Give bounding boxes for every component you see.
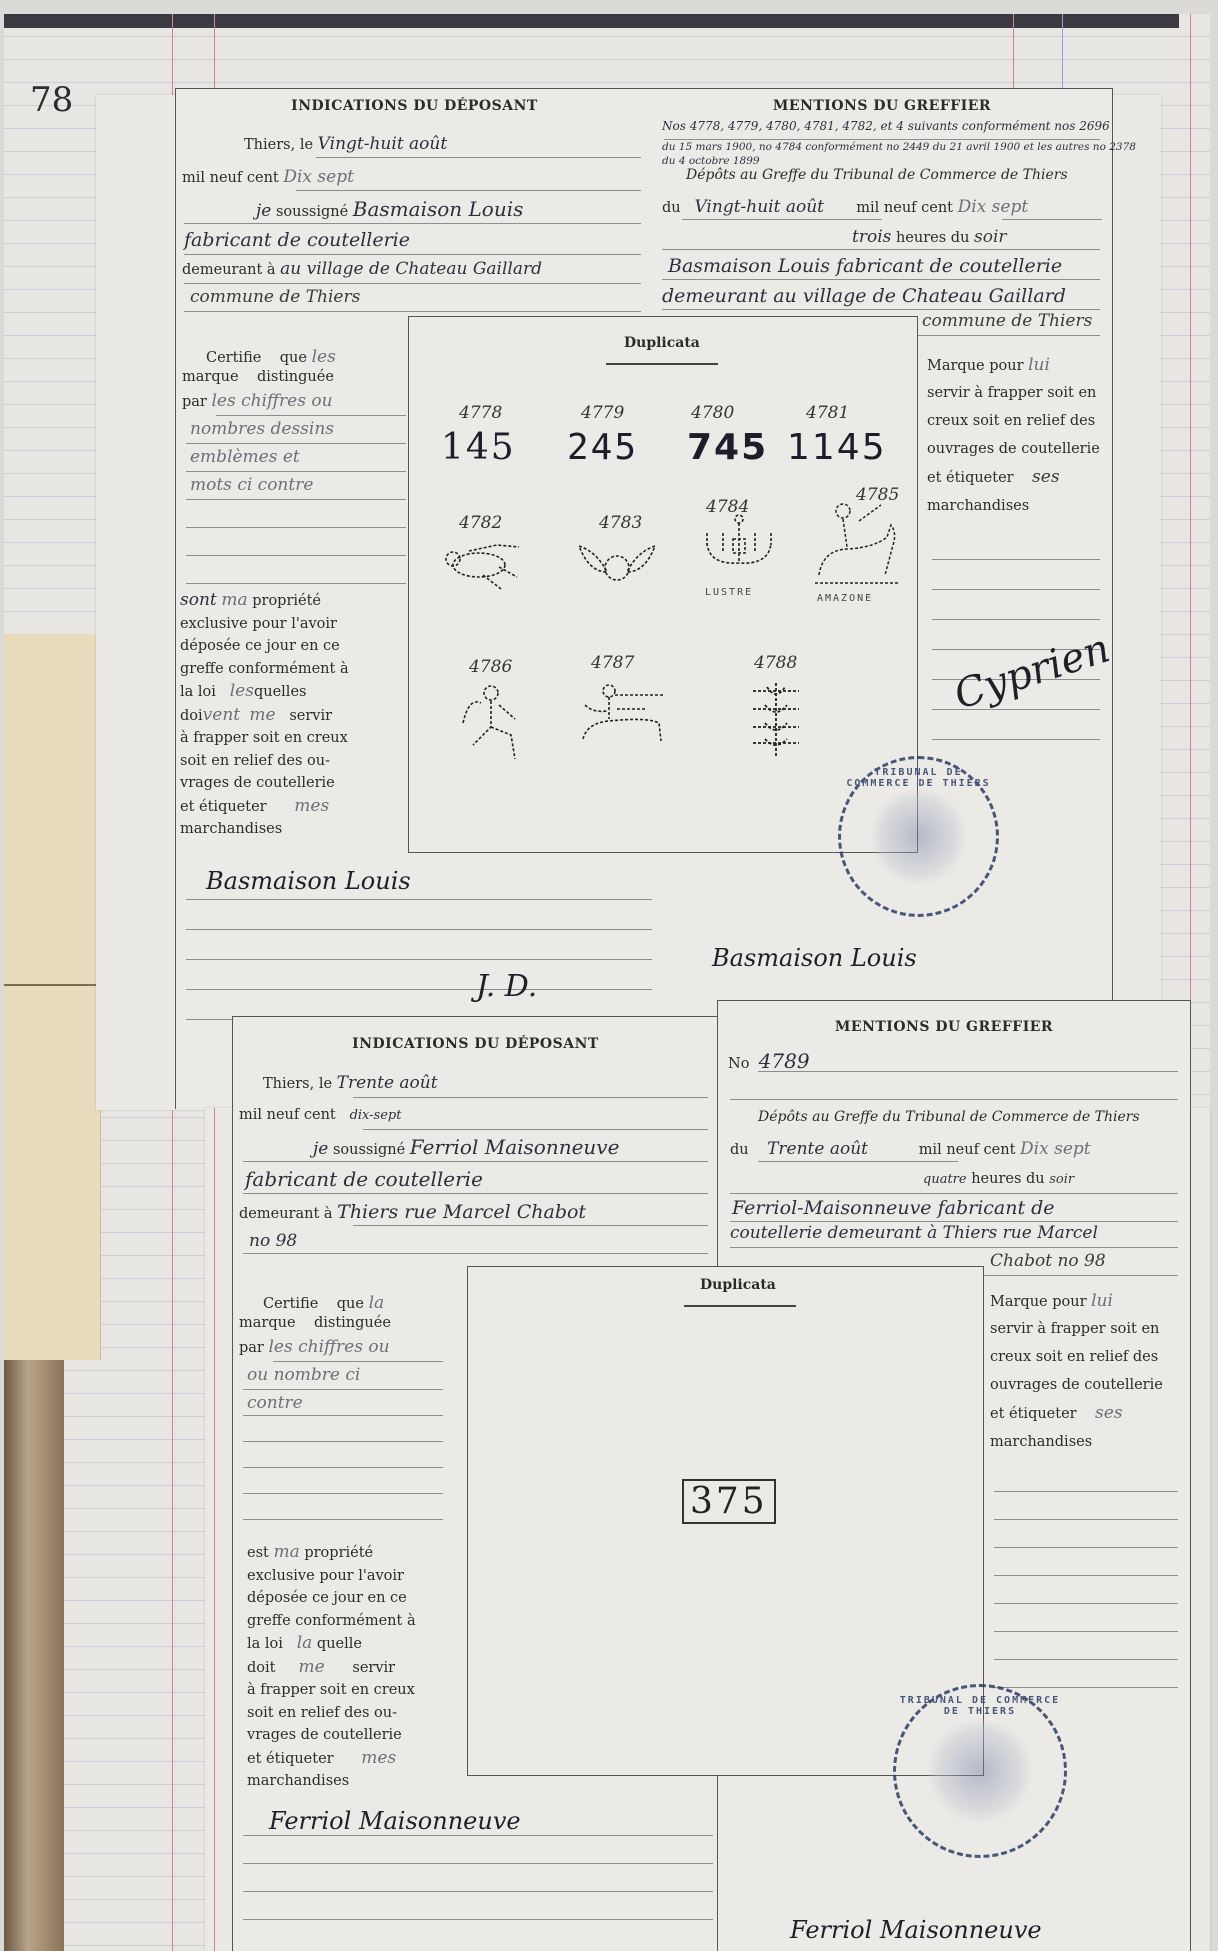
form2-deposant-signature: Ferriol Maisonneuve xyxy=(269,1807,521,1835)
form2-greffier-hour-row: quatre heures du soir xyxy=(923,1171,1074,1187)
vent-handwritten: vent xyxy=(203,705,240,725)
marque-label: marque xyxy=(182,369,239,385)
numeric-mark: 745 xyxy=(687,427,768,468)
no-label: No xyxy=(728,1056,749,1072)
form1-greffier-date-row: du Vingt-huit août mil neuf cent Dix sep… xyxy=(662,197,1028,217)
body-line: déposée ce jour en ce xyxy=(180,635,408,658)
date-handwritten: Vingt-huit août xyxy=(694,197,824,217)
numeric-mark: 245 xyxy=(567,427,638,468)
certifie-label: Certifie xyxy=(263,1296,318,1312)
rule xyxy=(932,589,1100,590)
mark-caption: LUSTRE xyxy=(705,587,753,598)
hour-handwritten: quatre xyxy=(923,1172,967,1187)
depositor-line-handwritten: Chabot no 98 xyxy=(990,1251,1106,1271)
form1-initials-signature: J. D. xyxy=(476,969,537,1004)
rule xyxy=(186,499,406,500)
je-handwritten: je xyxy=(313,1139,328,1159)
rule xyxy=(994,1575,1178,1576)
rule xyxy=(186,527,406,528)
place-label: Thiers, le xyxy=(263,1076,332,1092)
date-handwritten: Trente août xyxy=(337,1073,438,1093)
year-label: mil neuf cent xyxy=(919,1142,1016,1158)
body-line: marchandises xyxy=(247,1770,462,1793)
stamp-text: TRIBUNAL DE COMMERCE DE THIERS xyxy=(896,1695,1064,1717)
year-handwritten: Dix sept xyxy=(283,167,354,187)
mark-reference: 4779 xyxy=(581,403,624,423)
rule xyxy=(184,254,641,255)
rule xyxy=(932,709,1100,710)
rule xyxy=(994,1491,1178,1492)
duplicata-underline xyxy=(606,363,718,365)
book-binding-edge xyxy=(4,14,1179,28)
est-label: est xyxy=(247,1545,269,1561)
rule xyxy=(758,1071,1178,1072)
rule xyxy=(186,929,656,930)
body-line: marchandises xyxy=(990,1428,1175,1456)
rule xyxy=(186,899,656,900)
marque-label: marque xyxy=(239,1315,296,1331)
depositor-line-handwritten: demeurant au village de Chateau Gaillard xyxy=(662,285,1066,307)
ma-handwritten: ma xyxy=(221,590,247,610)
year-label: mil neuf cent xyxy=(182,170,279,186)
depots-label: Dépôts au Greffe du Tribunal de Commerce… xyxy=(686,167,1068,183)
du-label: du xyxy=(662,200,681,216)
mark-caption: AMAZONE xyxy=(817,593,873,604)
form2-place-row: Thiers, le Trente août xyxy=(263,1073,438,1093)
marque-pour-handwritten: lui xyxy=(1091,1291,1113,1311)
ma-handwritten: ma xyxy=(273,1542,299,1562)
mark-reference: 4783 xyxy=(599,513,642,533)
rule xyxy=(912,335,1100,336)
body-line: et étiqueter xyxy=(180,799,267,815)
soussigne-label: soussigné xyxy=(276,204,348,220)
form2-marque-row: marque distinguée xyxy=(239,1315,391,1331)
soussigne-label: soussigné xyxy=(333,1142,405,1158)
rule xyxy=(662,279,1100,280)
branch-icon xyxy=(751,679,801,759)
registration-numbers-line: du 4 octobre 1899 xyxy=(662,155,760,167)
depots-label: Dépôts au Greffe du Tribunal de Commerce… xyxy=(758,1109,1140,1125)
mark-reference: 4780 xyxy=(691,403,734,423)
form1-marque-pour-row: Marque pour lui xyxy=(927,355,1050,375)
form1-court-stamp: TRIBUNAL DE COMMERCE DE THIERS xyxy=(838,756,999,917)
me-handwritten: me xyxy=(299,1657,325,1677)
body-line: la loi xyxy=(247,1636,283,1652)
que-label: que xyxy=(337,1296,364,1312)
rule xyxy=(932,619,1100,620)
winged-cherub-head-icon xyxy=(577,542,657,587)
period-handwritten: soir xyxy=(974,227,1007,247)
date-handwritten: Vingt-huit août xyxy=(318,134,448,154)
demeurant-label: demeurant à xyxy=(239,1206,333,1222)
rule xyxy=(243,1919,713,1920)
marque-pour-label: Marque pour xyxy=(927,358,1024,374)
heures-label: heures du xyxy=(971,1171,1044,1187)
rule xyxy=(682,219,882,220)
body-line: quelles xyxy=(254,684,307,700)
rule xyxy=(186,583,406,584)
rule xyxy=(994,1631,1178,1632)
par-handwritten-4: mots ci contre xyxy=(190,475,313,495)
body-line: doi xyxy=(180,708,203,724)
body-line: servir xyxy=(352,1660,395,1676)
rule xyxy=(184,283,641,284)
rule xyxy=(1002,219,1102,220)
body-line: et étiqueter xyxy=(990,1406,1077,1422)
form1-deposant-heading: INDICATIONS DU DÉPOSANT xyxy=(176,98,653,114)
rule xyxy=(184,223,641,224)
rule xyxy=(186,471,406,472)
rule xyxy=(994,1687,1178,1688)
par-handwritten-1: les chiffres ou xyxy=(211,391,332,411)
address-handwritten: Thiers rue Marcel Chabot xyxy=(337,1201,586,1223)
rule xyxy=(243,1519,443,1520)
marque-pour-label: Marque pour xyxy=(990,1294,1087,1310)
body-line: déposée ce jour en ce xyxy=(247,1587,462,1610)
flying-cherub-icon xyxy=(439,537,529,592)
etiqueter-handwritten: ses xyxy=(1095,1403,1123,1423)
mark-reference: 4781 xyxy=(806,403,849,423)
stamp-text: TRIBUNAL DE COMMERCE DE THIERS xyxy=(841,767,996,789)
est-handwritten: sont xyxy=(180,590,217,610)
seated-cupid-icon xyxy=(459,683,529,763)
registration-number-handwritten: 4789 xyxy=(759,1049,810,1073)
par-handwritten-3: emblèmes et xyxy=(190,447,300,467)
period-handwritten: soir xyxy=(1049,1172,1074,1187)
que-handwritten: les xyxy=(312,347,336,367)
page-number: 78 xyxy=(30,80,73,120)
ledger-margin-line xyxy=(214,1108,215,1951)
form1-name-row: je soussigné Basmaison Louis xyxy=(256,197,523,221)
book-spine-edge xyxy=(4,1360,64,1951)
body-line: vrages de coutellerie xyxy=(180,772,408,795)
form1-marque-row: marque distinguée xyxy=(182,369,334,385)
mark-reference: 4788 xyxy=(754,653,797,673)
place-label: Thiers, le xyxy=(244,137,313,153)
body-line: exclusive pour l'avoir xyxy=(180,613,408,636)
heures-label: heures du xyxy=(896,230,969,246)
body-line: greffe conformément à xyxy=(247,1610,462,1633)
rule xyxy=(664,139,1100,140)
rule xyxy=(296,190,641,191)
year-label: mil neuf cent xyxy=(239,1107,336,1123)
horsewoman-icon xyxy=(809,497,904,592)
name-handwritten: Ferriol Maisonneuve xyxy=(410,1135,620,1159)
mark-reference: 4782 xyxy=(459,513,502,533)
distinguee-label: distinguée xyxy=(314,1315,391,1331)
rule xyxy=(662,249,1100,250)
rule xyxy=(186,443,406,444)
body-line: quelle xyxy=(317,1636,362,1652)
rule xyxy=(980,1275,1178,1276)
form2-greffier-signature: Ferriol Maisonneuve xyxy=(790,1916,1042,1944)
rule xyxy=(243,1835,713,1836)
par-handwritten-1: les chiffres ou xyxy=(268,1337,389,1357)
address-handwritten-2: no 98 xyxy=(249,1231,297,1251)
body-line: creux soit en relief des xyxy=(990,1343,1175,1371)
year-handwritten: Dix sept xyxy=(958,197,1029,217)
duplicata-title: Duplicata xyxy=(624,335,700,351)
que-label: que xyxy=(280,350,307,366)
demeurant-label: demeurant à xyxy=(182,262,276,278)
rule xyxy=(994,1659,1178,1660)
rule xyxy=(186,555,406,556)
marque-pour-handwritten: lui xyxy=(1028,355,1050,375)
body-line: exclusive pour l'avoir xyxy=(247,1565,462,1588)
rule xyxy=(243,1493,443,1494)
form2-no-row: No 4789 xyxy=(728,1049,810,1073)
par-label: par xyxy=(182,394,207,410)
duplicata-underline xyxy=(684,1305,796,1307)
rule xyxy=(243,1193,708,1194)
distinguee-label: distinguée xyxy=(257,369,334,385)
rule xyxy=(730,1221,1178,1222)
form1-deposant-body: sont ma propriété exclusive pour l'avoir… xyxy=(180,589,408,841)
rule xyxy=(363,1129,708,1130)
rule xyxy=(243,1253,708,1254)
chandelier-icon xyxy=(699,513,779,583)
par-handwritten-2: nombres dessins xyxy=(190,419,334,439)
name-handwritten: Basmaison Louis xyxy=(353,197,524,221)
registration-numbers-line: du 15 mars 1900, no 4784 conformément no… xyxy=(662,141,1136,153)
rule xyxy=(316,157,641,158)
body-line: propriété xyxy=(304,1545,373,1561)
duplicata-title: Duplicata xyxy=(700,1277,776,1293)
form1-greffier-body: servir à frapper soit en creux soit en r… xyxy=(927,379,1107,520)
mes-handwritten: mes xyxy=(361,1748,396,1768)
form1-greffier-heading: MENTIONS DU GREFFIER xyxy=(652,98,1112,114)
form2-greffier-body: servir à frapper soit en creux soit en r… xyxy=(990,1315,1175,1456)
body-line: marchandises xyxy=(180,818,408,841)
rule xyxy=(353,1097,708,1098)
form2-marque-pour-row: Marque pour lui xyxy=(990,1291,1113,1311)
rule xyxy=(243,1863,713,1864)
par-handwritten-3: contre xyxy=(247,1393,303,1413)
mark-reference: 4786 xyxy=(469,657,512,677)
form2-certifie-row: Certifie que la xyxy=(263,1293,384,1313)
body-line: doit xyxy=(247,1660,275,1676)
body-line: creux soit en relief des xyxy=(927,407,1107,435)
rule xyxy=(243,1161,708,1162)
body-line: propriété xyxy=(252,593,321,609)
je-handwritten: je xyxy=(256,201,271,221)
registration-numbers-line: Nos 4778, 4779, 4780, 4781, 4782, et 4 s… xyxy=(662,119,1110,133)
rule xyxy=(662,309,1100,310)
rule xyxy=(243,1415,443,1416)
form1-certifie-row: Certifie que les xyxy=(206,347,336,367)
numeric-mark-boxed: 375 xyxy=(682,1479,776,1524)
mes-handwritten: mes xyxy=(294,796,329,816)
rule xyxy=(730,1247,1178,1248)
rule xyxy=(994,1519,1178,1520)
rule xyxy=(730,1099,1178,1100)
mark-reference: 4778 xyxy=(459,403,502,423)
body-line: servir à frapper soit en xyxy=(927,379,1107,407)
form2-court-stamp: TRIBUNAL DE COMMERCE DE THIERS xyxy=(893,1684,1067,1858)
body-line: à frapper soit en creux xyxy=(247,1679,462,1702)
form2-deposant-heading: INDICATIONS DU DÉPOSANT xyxy=(233,1036,718,1052)
body-line: servir à frapper soit en xyxy=(990,1315,1175,1343)
date-handwritten: Trente août xyxy=(767,1139,868,1159)
rule xyxy=(243,1891,713,1892)
rule xyxy=(216,415,406,416)
body-line: ouvrages de coutellerie xyxy=(927,435,1107,463)
body-line: greffe conformément à xyxy=(180,658,408,681)
body-line: et étiqueter xyxy=(927,470,1014,486)
rule xyxy=(353,1225,708,1226)
depositor-line-handwritten: Ferriol-Maisonneuve fabricant de xyxy=(732,1197,1055,1219)
body-line: la loi xyxy=(180,684,216,700)
form1-deposant-signature: Basmaison Louis xyxy=(206,867,411,895)
certifie-label: Certifie xyxy=(206,350,261,366)
depositor-line-handwritten: coutellerie demeurant à Thiers rue Marce… xyxy=(730,1223,1098,1243)
numeric-mark: 145 xyxy=(441,427,516,468)
body-line: à frapper soit en creux xyxy=(180,727,408,750)
numeric-mark: 1145 xyxy=(787,427,887,468)
form1-place-row: Thiers, le Vingt-huit août xyxy=(244,134,447,154)
rule xyxy=(932,559,1100,560)
rule xyxy=(730,1193,1178,1194)
body-line: soit en relief des ou- xyxy=(180,750,408,773)
depositor-line-handwritten: Basmaison Louis fabricant de coutellerie xyxy=(668,255,1062,277)
rule xyxy=(932,739,1100,740)
form1-address-row: demeurant à au village de Chateau Gailla… xyxy=(182,259,542,279)
du-label: du xyxy=(730,1142,749,1158)
hour-handwritten: trois xyxy=(852,227,891,247)
form2-deposant-body: est ma propriété exclusive pour l'avoir … xyxy=(247,1541,462,1793)
form2-year-row: mil neuf cent dix-sept xyxy=(239,1107,401,1123)
me-handwritten: me xyxy=(249,705,275,725)
form1-greffier-signature: Basmaison Louis xyxy=(712,944,917,972)
form1-greffier-hour-row: trois heures du soir xyxy=(852,227,1007,247)
body-line: et étiqueter xyxy=(247,1751,334,1767)
pasted-paper-strip xyxy=(4,634,101,1360)
clerk-signature: Cyprien xyxy=(949,625,1116,718)
body-line: soit en relief des ou- xyxy=(247,1702,462,1725)
rule xyxy=(243,1467,443,1468)
body-line: ouvrages de coutellerie xyxy=(990,1371,1175,1399)
year-handwritten: Dix sept xyxy=(1020,1139,1091,1159)
etiqueter-handwritten: ses xyxy=(1032,467,1060,487)
rule xyxy=(186,959,656,960)
les-handwritten: les xyxy=(230,681,254,701)
profession-handwritten: fabricant de coutellerie xyxy=(245,1167,483,1191)
form2-greffier-heading: MENTIONS DU GREFFIER xyxy=(698,1019,1190,1035)
address-handwritten-2: commune de Thiers xyxy=(190,287,360,307)
form2-name-row: je soussigné Ferriol Maisonneuve xyxy=(313,1135,619,1159)
year-label: mil neuf cent xyxy=(856,200,953,216)
address-handwritten: au village de Chateau Gaillard xyxy=(280,259,542,279)
form2-greffier-date-row: du Trente août mil neuf cent Dix sept xyxy=(730,1139,1091,1159)
form1-year-row: mil neuf cent Dix sept xyxy=(182,167,354,187)
depositor-line-handwritten: commune de Thiers xyxy=(922,311,1092,331)
que-handwritten: la xyxy=(369,1293,385,1313)
par-handwritten-2: ou nombre ci xyxy=(247,1365,360,1385)
rule xyxy=(184,311,641,312)
par-label: par xyxy=(239,1340,264,1356)
mark-reference: 4787 xyxy=(591,653,634,673)
rule xyxy=(243,1441,443,1442)
rule xyxy=(273,1361,443,1362)
rule xyxy=(758,1161,958,1162)
form2-address-row: demeurant à Thiers rue Marcel Chabot xyxy=(239,1201,586,1223)
body-line: vrages de coutellerie xyxy=(247,1724,462,1747)
rule xyxy=(994,1603,1178,1604)
profession-handwritten: fabricant de coutellerie xyxy=(184,229,410,251)
year-handwritten: dix-sept xyxy=(350,1108,402,1123)
centaur-archer-icon xyxy=(577,683,667,748)
body-line: servir xyxy=(289,708,332,724)
form1-par-row: par les chiffres ou xyxy=(182,391,333,411)
rule xyxy=(243,1389,443,1390)
rule xyxy=(994,1547,1178,1548)
form2-par-row: par les chiffres ou xyxy=(239,1337,390,1357)
la-handwritten: la xyxy=(297,1633,313,1653)
body-line: marchandises xyxy=(927,492,1107,520)
rule xyxy=(186,989,656,990)
